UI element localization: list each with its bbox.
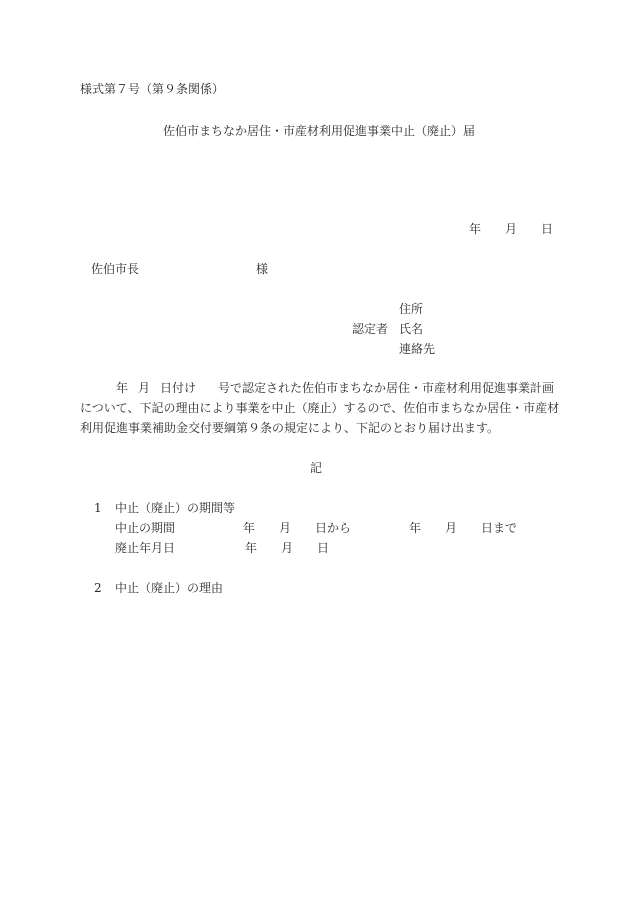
body-day-dated-label: 日付け xyxy=(160,378,196,398)
applicant-label: 認定者 xyxy=(352,322,388,336)
period-from-day: 日から xyxy=(315,521,351,535)
applicant-address-label: 住所 xyxy=(399,302,423,316)
document-title: 佐伯市まちなか居住・市産材利用促進事業中止（廃止）届 xyxy=(163,124,475,138)
ki-heading: 記 xyxy=(310,461,322,475)
date-day-label: 日 xyxy=(541,222,553,236)
addressee-honorific: 様 xyxy=(256,262,268,276)
period-from-month: 月 xyxy=(279,521,291,535)
suspension-period-label: 中止の期間 xyxy=(115,521,175,535)
addressee-name: 佐伯市長 xyxy=(91,262,139,276)
body-paragraph: 年月日付け号で認定された佐伯市まちなか居住・市産材利用促進事業計画 について、下… xyxy=(80,378,552,438)
date-month-label: 月 xyxy=(505,222,517,236)
body-number-text: 号で認定された佐伯市まちなか居住・市産材利用促進事業計画 xyxy=(218,378,554,398)
date-year-label: 年 xyxy=(469,222,481,236)
abolition-year: 年 xyxy=(245,541,257,555)
section-2-title: 中止（廃止）の理由 xyxy=(115,581,223,595)
period-to-year: 年 xyxy=(409,521,421,535)
section-1-title: 中止（廃止）の期間等 xyxy=(115,501,235,515)
abolition-month: 月 xyxy=(281,541,293,555)
body-month-label: 月 xyxy=(138,378,150,398)
body-line-2: について、下記の理由により事業を中止（廃止）するので、佐伯市まちなか居住・市産材 xyxy=(80,398,552,418)
form-number: 様式第７号（第９条関係） xyxy=(80,82,224,96)
period-to-month: 月 xyxy=(445,521,457,535)
body-line-3: 利用促進事業補助金交付要綱第９条の規定により、下記のとおり届け出ます。 xyxy=(80,418,552,438)
applicant-contact-label: 連絡先 xyxy=(399,342,435,356)
applicant-name-label: 氏名 xyxy=(399,322,423,336)
section-2-number: 2 xyxy=(94,581,102,595)
abolition-date-label: 廃止年月日 xyxy=(115,541,175,555)
section-1-number: 1 xyxy=(94,501,102,515)
abolition-day: 日 xyxy=(317,541,329,555)
period-from-year: 年 xyxy=(243,521,255,535)
body-year-label: 年 xyxy=(116,378,128,398)
period-to-day: 日まで xyxy=(481,521,517,535)
body-line-1: 年月日付け号で認定された佐伯市まちなか居住・市産材利用促進事業計画 xyxy=(80,378,552,398)
